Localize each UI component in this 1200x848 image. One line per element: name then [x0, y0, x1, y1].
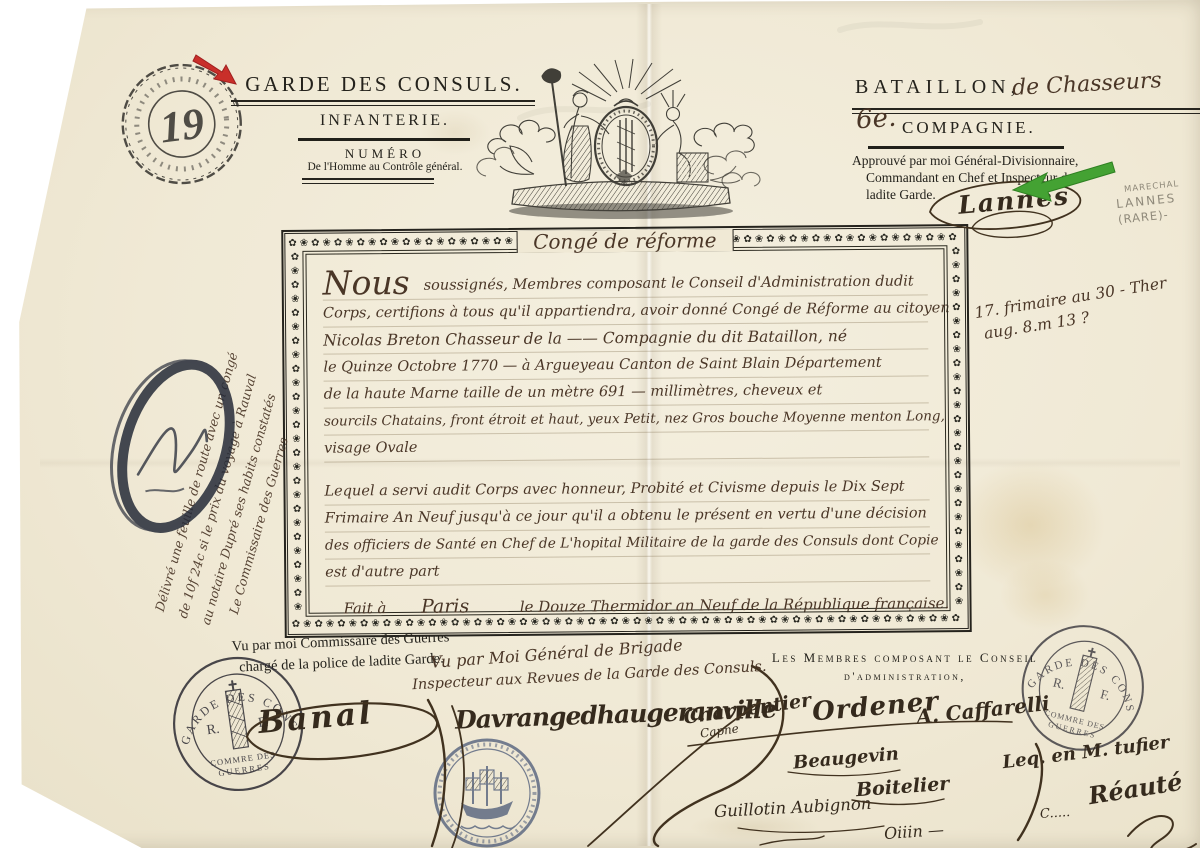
fait-a: Fait à [343, 599, 386, 617]
cmme-mark: C..... [1040, 805, 1071, 822]
approval-line-1: Approuvé par moi Général-Divisionnaire, [852, 153, 1078, 169]
stamp-R: R. [1052, 674, 1067, 691]
blue-ship-stamp [428, 738, 546, 848]
opening-word: Nous [323, 263, 410, 303]
numero-sublabel: De l'Homme au Contrôle général. [262, 161, 508, 173]
body-line-7: visage Ovale [324, 430, 929, 462]
approval-line-3: ladite Garde. [866, 187, 936, 203]
certificate-text-area: Noussoussignés, Membres composant le Con… [305, 248, 947, 614]
infanterie-subtitle: INFANTERIE. [280, 112, 490, 130]
scanned-document: 19 GARDE DES CONSULS. INFANTERIE. NUMÉRO… [0, 0, 1200, 848]
body-line-11: est d'autre part [325, 554, 930, 586]
certificate-border-box: ✿❀✿❀✿❀✿❀✿❀✿❀✿❀✿❀✿❀✿❀✿❀✿❀✿❀✿❀✿❀✿❀✿❀✿❀✿❀✿❀… [281, 224, 972, 638]
garland-border-right: ✿❀✿❀✿❀✿❀✿❀✿❀✿❀✿❀✿❀✿❀✿❀✿❀✿❀✿❀✿❀✿❀✿❀✿❀✿❀✿❀ [948, 246, 965, 606]
body-line-12: Fait à Paris le Douze Thermidor an Neuf … [325, 589, 930, 622]
date-clause: le Douze Thermidor an Neuf de la Républi… [520, 594, 950, 616]
conseil-line-1: Les Membres composant le Conseil [770, 648, 1040, 667]
divider [302, 178, 434, 184]
conseil-line-2: d'administration, [770, 667, 1040, 686]
divider [852, 108, 1200, 114]
stamp-R: R. [206, 722, 221, 739]
stamp-F: F. [1099, 686, 1112, 703]
republic-emblem-engraving [476, 56, 764, 228]
conseil-administration-heading: Les Membres composant le Conseil d'admin… [770, 648, 1040, 686]
compagnie-handwritten-number: 6e. [855, 103, 897, 136]
divider [868, 146, 1064, 149]
place-paris: Paris [421, 595, 469, 617]
bataillon-label: BATAILLON, [855, 76, 1021, 99]
numero-label: NUMÉRO [280, 146, 490, 162]
divider [298, 138, 470, 141]
stamp-number: 19 [157, 99, 207, 153]
conge-de-reforme-banner: Congé de réforme [516, 229, 734, 253]
compagnie-label: COMPAGNIE. [902, 118, 1036, 138]
